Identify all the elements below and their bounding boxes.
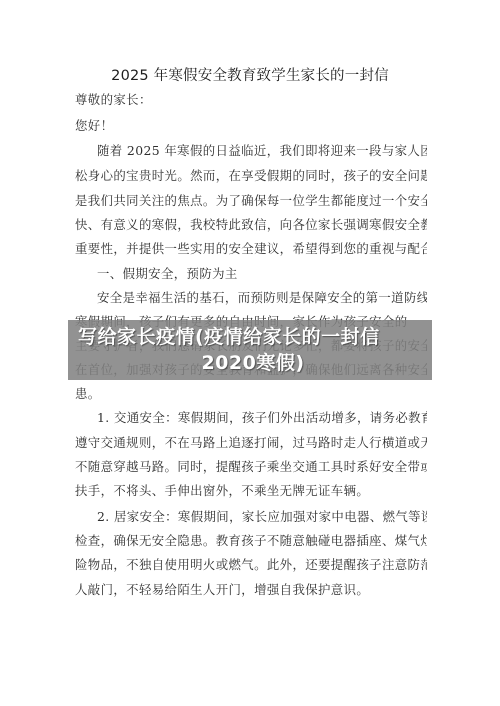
section1-line-5: 患。: [75, 386, 427, 402]
banner-line-2: 2020寒假): [68, 350, 432, 376]
salutation: 尊敬的家长：: [75, 92, 427, 108]
intro-line-2: 松身心的宝贵时光。然而，在享受假期的同时，孩子的安全问题始终: [75, 168, 427, 184]
intro-line-1: 随着 2025 年寒假的日益临近，我们即将迎来一段与家人团聚、放: [97, 143, 427, 159]
document-page: 2025 年寒假安全教育致学生家长的一封信 尊敬的家长： 您好！ 随着 2025…: [0, 0, 500, 706]
section1-heading: 一、假期安全，预防为主: [97, 266, 427, 282]
document-title: 2025 年寒假安全教育致学生家长的一封信: [0, 64, 500, 85]
overlay-banner-text: 写给家长疫情(疫情给家长的一封信 2020寒假): [68, 320, 432, 380]
banner-line-1: 写给家长疫情(疫情给家长的一封信: [68, 324, 432, 350]
item1-line-3: 不随意穿越马路。同时，提醒孩子乘坐交通工具时系好安全带或抓好: [75, 459, 427, 475]
intro-line-3: 是我们共同关注的焦点。为了确保每一位学生都能度过一个安全、愉: [75, 193, 427, 209]
intro-line-5: 重要性，并提供一些实用的安全建议，希望得到您的重视与配合。: [75, 241, 427, 257]
item1-line-2: 遵守交通规则，不在马路上追逐打闹，过马路时走人行横道或天桥，: [75, 435, 427, 451]
greeting: 您好！: [75, 118, 427, 134]
item2-line-3: 险物品，不独自使用明火或燃气。此外，还要提醒孩子注意防范陌生: [75, 557, 427, 573]
item1-line-1: 1. 交通安全：寒假期间，孩子们外出活动增多，请务必教育孩子: [97, 410, 427, 426]
item2-line-4: 人敲门，不轻易给陌生人开门，增强自我保护意识。: [75, 582, 427, 598]
section1-line-1: 安全是幸福生活的基石，而预防则是保障安全的第一道防线。在: [97, 290, 427, 306]
item2-line-2: 检查，确保无安全隐患。教育孩子不随意触碰电器插座、煤气灶等危: [75, 533, 427, 549]
item1-line-4: 扶手，不将头、手伸出窗外，不乘坐无牌无证车辆。: [75, 483, 427, 499]
intro-line-4: 快、有意义的寒假，我校特此致信，向各位家长强调寒假安全教育的: [75, 217, 427, 233]
item2-line-1: 2. 居家安全：寒假期间，家长应加强对家中电器、燃气等设备的: [97, 509, 427, 525]
